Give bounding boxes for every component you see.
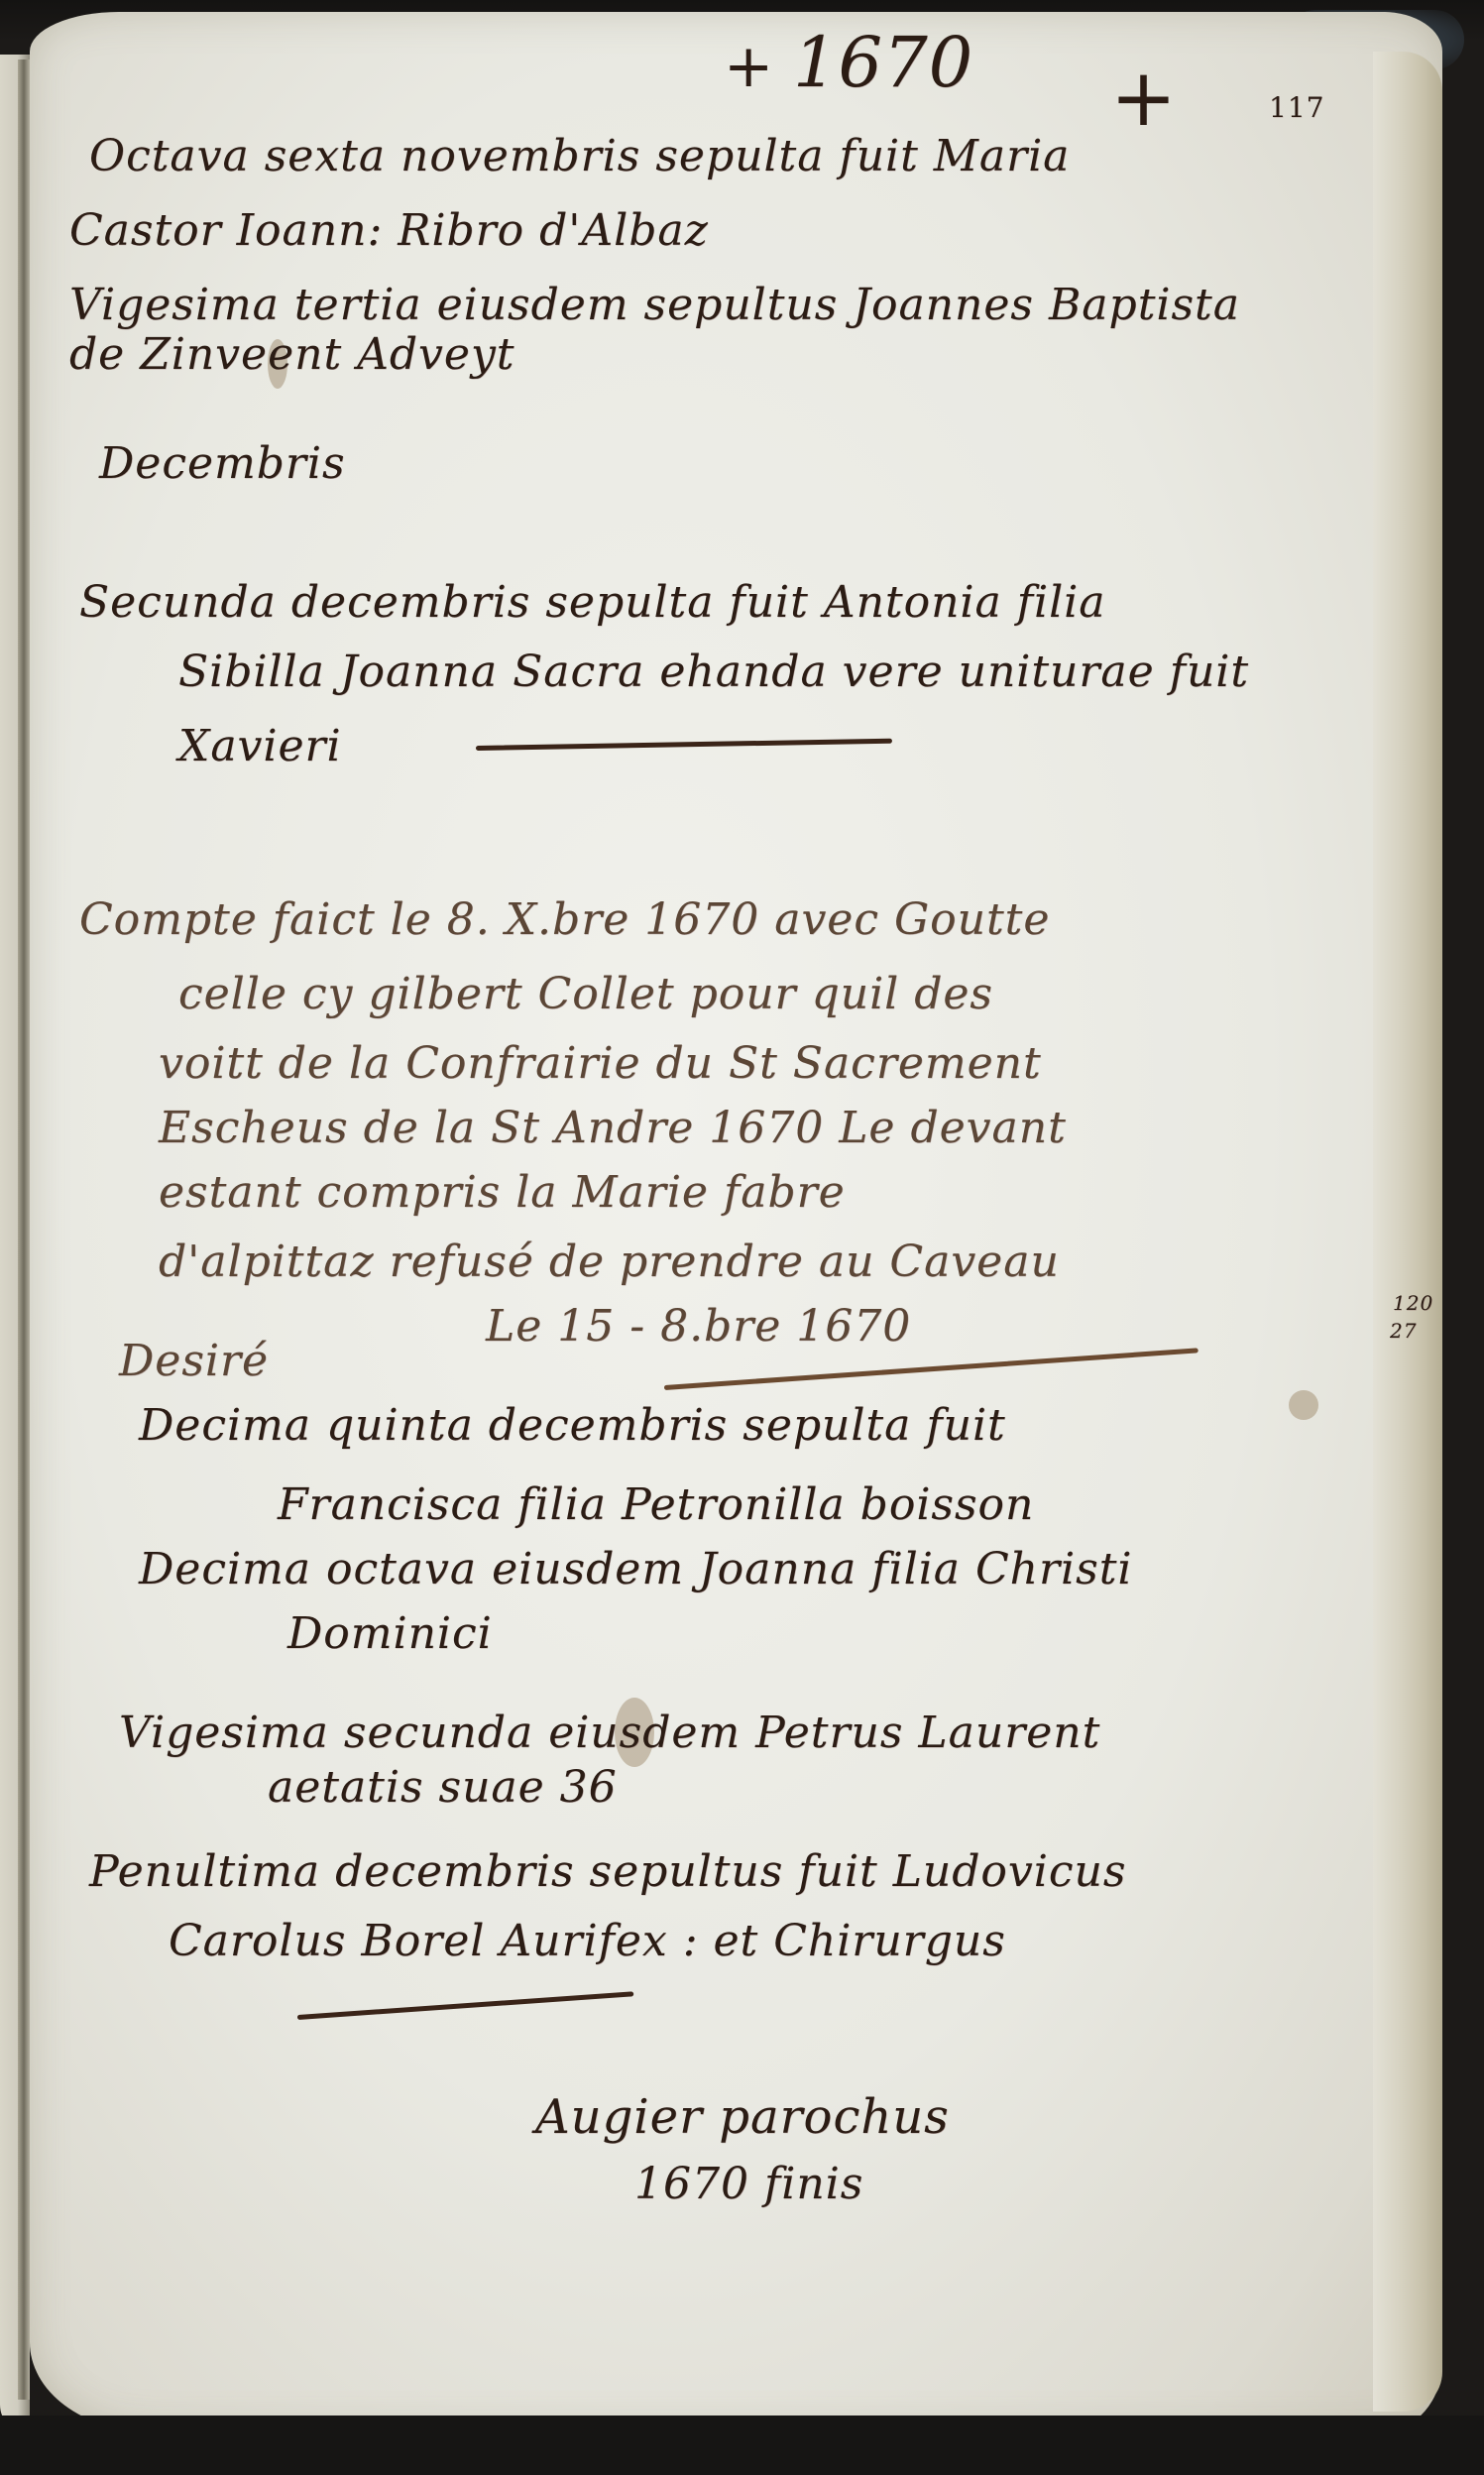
book-gutter bbox=[18, 59, 30, 2400]
entry-line: Sibilla Joanna Sacra ehanda vere unitura… bbox=[178, 647, 1249, 697]
flourish-line bbox=[476, 739, 892, 751]
entry-line: estant compris la Marie fabre bbox=[159, 1167, 846, 1218]
entry-line: Escheus de la St Andre 1670 Le devant bbox=[159, 1103, 1067, 1153]
entry-line: Penultima decembris sepultus fuit Ludovi… bbox=[89, 1846, 1126, 1897]
flourish-line bbox=[664, 1348, 1199, 1390]
entry-line: de Zinveent Adveyt bbox=[69, 329, 515, 380]
manuscript-page: + 1670 + 117 Octava sexta novembris sepu… bbox=[30, 12, 1442, 2431]
ink-stain bbox=[1289, 1390, 1318, 1420]
entry-line: Decima octava eiusdem Joanna filia Chris… bbox=[139, 1544, 1132, 1594]
entry-line: Vigesima tertia eiusdem sepultus Joannes… bbox=[69, 280, 1240, 330]
entry-line: Vigesima secunda eiusdem Petrus Laurent bbox=[119, 1708, 1100, 1758]
entry-line: Castor Ioann: Ribro d'Albaz bbox=[69, 205, 709, 256]
entry-line: Decembris bbox=[99, 438, 346, 489]
flourish-line bbox=[297, 1991, 634, 2020]
entry-line: Octava sexta novembris sepulta fuit Mari… bbox=[89, 131, 1070, 181]
margin-note: 27 bbox=[1390, 1319, 1417, 1343]
entry-line: Decima quinta decembris sepulta fuit bbox=[139, 1400, 1006, 1451]
entry-line: Desiré bbox=[119, 1336, 269, 1386]
entry-line: Francisca filia Petronilla boisson bbox=[278, 1479, 1034, 1530]
cross-mark-left: + bbox=[724, 32, 773, 101]
entry-line: d'alpittaz refusé de prendre au Caveau bbox=[159, 1237, 1060, 1287]
entry-line: Dominici bbox=[287, 1608, 493, 1659]
entry-line: aetatis suae 36 bbox=[268, 1762, 618, 1813]
cross-mark-right: + bbox=[1110, 52, 1177, 144]
entry-line: Le 15 - 8.bre 1670 bbox=[486, 1301, 911, 1352]
year-heading: 1670 bbox=[793, 22, 973, 103]
priest-signature: Augier parochus bbox=[535, 2089, 950, 2145]
page-number: 117 bbox=[1269, 91, 1324, 124]
entry-line: celle cy gilbert Collet pour quil des bbox=[178, 969, 993, 1019]
scan-background-bottom bbox=[0, 2416, 1484, 2475]
entry-line: Compte faict le 8. X.bre 1670 avec Goutt… bbox=[79, 894, 1050, 945]
closing-note: 1670 finis bbox=[634, 2159, 863, 2209]
margin-note: 120 bbox=[1393, 1291, 1433, 1315]
entry-line: Xavieri bbox=[178, 721, 342, 771]
entry-line: Carolus Borel Aurifex : et Chirurgus bbox=[169, 1916, 1006, 1966]
entry-line: voitt de la Confrairie du St Sacrement bbox=[159, 1038, 1042, 1089]
page-stack-edge bbox=[1373, 52, 1442, 2412]
entry-line: Secunda decembris sepulta fuit Antonia f… bbox=[79, 577, 1105, 628]
